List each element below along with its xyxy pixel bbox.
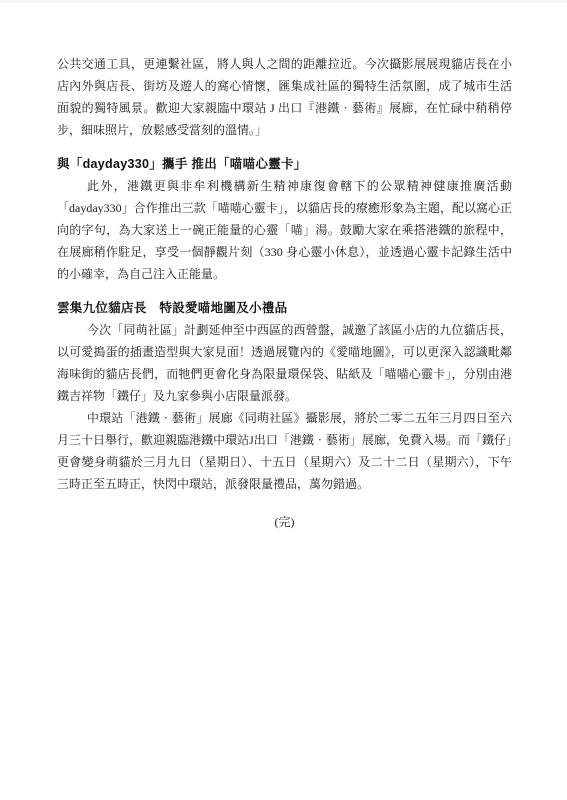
paragraph-quote-closing: 公共交通工具，更連繫社區，將人與人之間的距離拉近。今次攝影展展現貓店長在小店內外… [57,53,512,141]
section-heading-dayday330-card: 與「dayday330」攜手 推出「喵喵心靈卡」 [57,153,512,175]
paragraph-dayday330-collaboration: 此外，港鐵更與非牟利機構新生精神康復會轄下的公眾精神健康推廣活動「dayday3… [57,175,512,285]
end-mark: (完) [57,511,512,533]
document-body: 公共交通工具，更連繫社區，將人與人之間的距離拉近。今次攝影展展現貓店長在小店內外… [57,0,512,533]
section-heading-cat-shopkeepers-map: 雲集九位貓店長 特設愛喵地圖及小禮品 [57,297,512,319]
paragraph-cat-map-gifts: 今次「同萌社區」計劃延伸至中西區的西營盤，誠邀了該區小店的九位貓店長，以可愛搗蛋… [57,319,512,407]
paragraph-exhibition-details: 中環站「港鐵‧藝術」展廊《同萌社區》攝影展，將於二零二五年三月四日至六月三十日舉… [57,407,512,495]
